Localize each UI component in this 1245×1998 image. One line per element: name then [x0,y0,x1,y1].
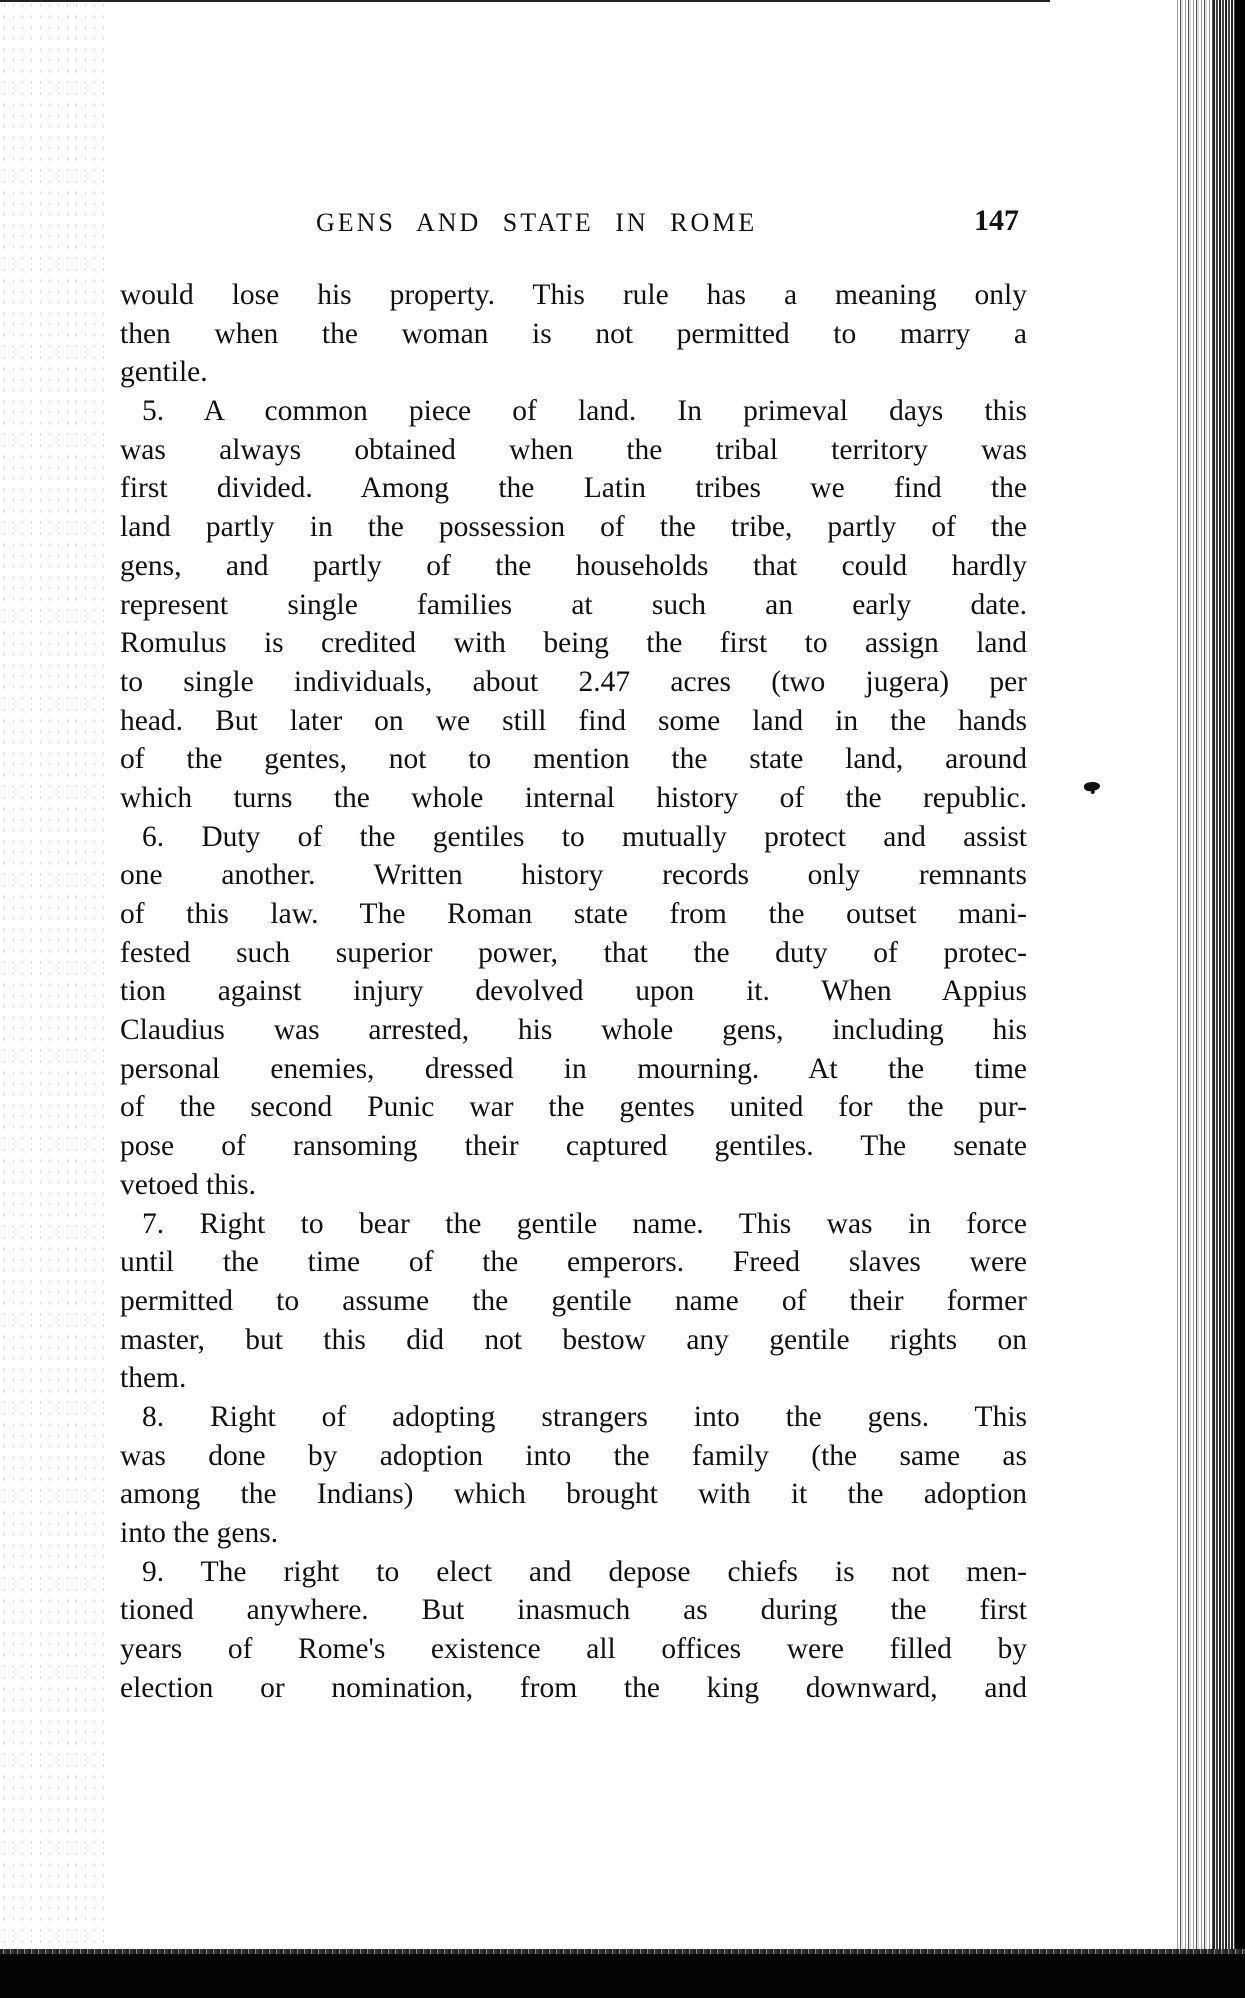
text-line: pose of ransoming their captured gentile… [120,1127,1027,1166]
text-line: 9. The right to elect and depose chiefs … [120,1553,1027,1592]
text-line: into the gens. [120,1514,1027,1553]
text-line: 7. Right to bear the gentile name. This … [120,1205,1027,1244]
ink-blot-mark [1083,781,1100,792]
text-line: represent single families at such an ear… [120,586,1027,625]
text-line: of this law. The Roman state from the ou… [120,895,1027,934]
paragraph-5-common-land: 5. A common piece of land. In primeval d… [120,392,1027,818]
text-line: permitted to assume the gentile name of … [120,1282,1027,1321]
text-line: one another. Written history records onl… [120,856,1027,895]
text-line: first divided. Among the Latin tribes we… [120,469,1027,508]
text-line: election or nomination, from the king do… [120,1669,1027,1708]
scan-bottom-edge [0,1954,1245,1998]
text-line: was always obtained when the tribal terr… [120,431,1027,470]
text-line: Claudius was arrested, his whole gens, i… [120,1011,1027,1050]
book-binding-edge [1175,0,1245,1960]
paragraph-8-adoption: 8. Right of adopting strangers into the … [120,1398,1027,1553]
text-line: 8. Right of adopting strangers into the … [120,1398,1027,1437]
scan-speckle-left [0,0,110,1960]
text-line: personal enemies, dressed in mourning. A… [120,1050,1027,1089]
text-line: then when the woman is not permitted to … [120,315,1027,354]
paragraph-6-mutual-protection: 6. Duty of the gentiles to mutually prot… [120,818,1027,1205]
text-line: to single individuals, about 2.47 acres … [120,663,1027,702]
text-line: tioned anywhere. But inasmuch as during … [120,1591,1027,1630]
text-line: was done by adoption into the family (th… [120,1437,1027,1476]
text-line: years of Rome's existence all offices we… [120,1630,1027,1669]
text-line: land partly in the possession of the tri… [120,508,1027,547]
running-header: GENS AND STATE IN ROME 147 [120,208,1027,248]
text-line: gentile. [120,353,1027,392]
text-line: gens, and partly of the households that … [120,547,1027,586]
text-line: of the second Punic war the gentes unite… [120,1088,1027,1127]
paragraph-continued: would lose his property. This rule has a… [120,276,1027,392]
text-line: 5. A common piece of land. In primeval d… [120,392,1027,431]
page-body-text: would lose his property. This rule has a… [120,276,1027,1707]
text-line: until the time of the emperors. Freed sl… [120,1243,1027,1282]
text-line: would lose his property. This rule has a… [120,276,1027,315]
text-line: tion against injury devolved upon it. Wh… [120,972,1027,1011]
page-number: 147 [974,204,1019,238]
text-line: fested such superior power, that the dut… [120,934,1027,973]
paragraph-9-elect-chiefs: 9. The right to elect and depose chiefs … [120,1553,1027,1708]
page-top-edge [0,0,1050,2]
text-line: them. [120,1359,1027,1398]
paragraph-7-gentile-name: 7. Right to bear the gentile name. This … [120,1205,1027,1398]
binding-inner-shadow [1213,0,1235,1960]
text-line: 6. Duty of the gentiles to mutually prot… [120,818,1027,857]
text-line: master, but this did not bestow any gent… [120,1321,1027,1360]
text-line: among the Indians) which brought with it… [120,1475,1027,1514]
text-line: which turns the whole internal history o… [120,779,1027,818]
text-line: head. But later on we still find some la… [120,702,1027,741]
text-line: of the gentes, not to mention the state … [120,740,1027,779]
text-line: vetoed this. [120,1166,1027,1205]
text-line: Romulus is credited with being the first… [120,624,1027,663]
running-head-title: GENS AND STATE IN ROME [316,208,757,238]
